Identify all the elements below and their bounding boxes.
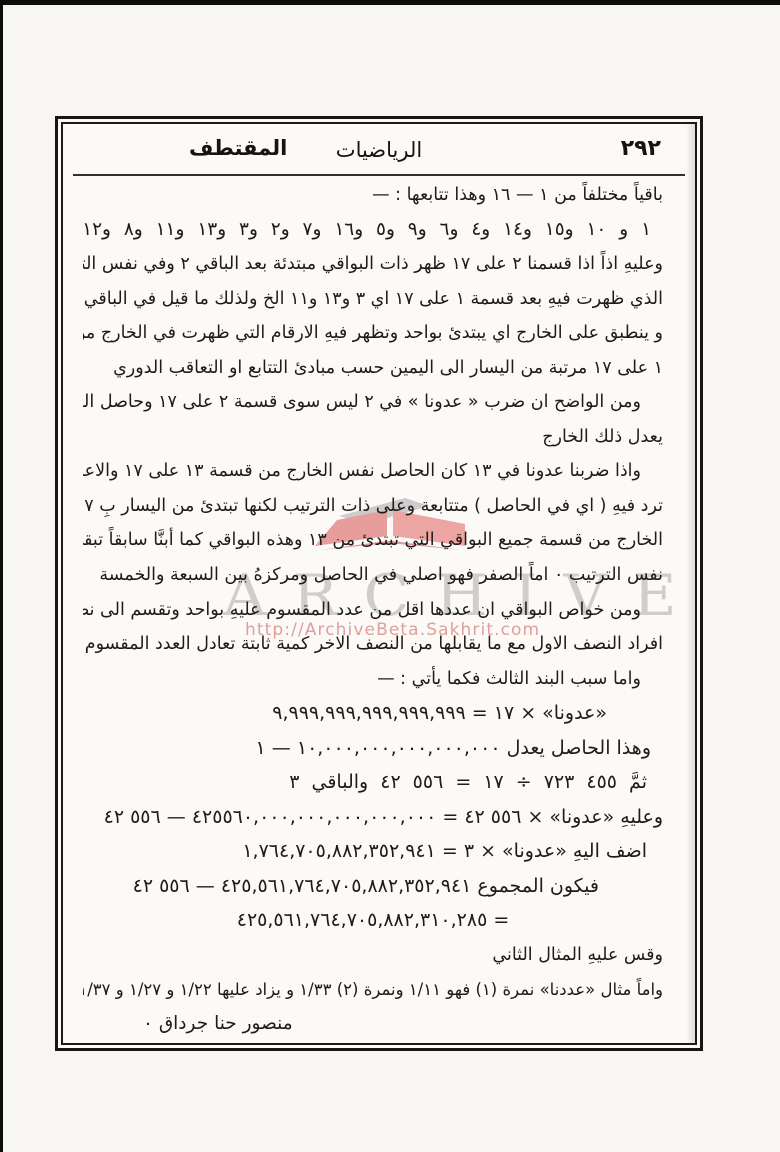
text-line: ١ و ١٠ و١٥ و١٤ و٤ و٦ و٩ و٥ و١٦ و٧ و٢ و٣ … bbox=[83, 213, 663, 248]
text-line: باقياً مختلفاً من ١ — ١٦ وهذا تتابعها : … bbox=[83, 178, 663, 213]
header-divider bbox=[73, 174, 685, 176]
text-line: «عدونا» × ١٧ = ٩,٩٩٩,٩٩٩,٩٩٩,٩٩٩,٩٩٩ bbox=[83, 696, 663, 731]
text-line: فيكون المجموع ٤٢٥,٥٦١,٧٦٤,٧٠٥,٨٨٢,٣٥٢,٩٤… bbox=[83, 869, 663, 904]
text-line: وقس عليهِ المثال الثاني bbox=[83, 938, 663, 973]
text-line: ١ على ١٧ مرتبة من اليسار الى اليمين حسب … bbox=[83, 351, 663, 386]
text-line: نفس الترتيب ٠ اماً الصفر فهو اصلي في الح… bbox=[83, 558, 663, 593]
signature-line: منصور حنا جرداق ٠ bbox=[83, 1007, 663, 1037]
body-text: باقياً مختلفاً من ١ — ١٦ وهذا تتابعها : … bbox=[83, 178, 663, 1037]
text-line: وعليهِ اذاً اذا قسمنا ٢ على ١٧ ظهر ذات ا… bbox=[83, 247, 663, 282]
text-line: اضف اليهِ «عدونا» × ٣ = ١,٧٦٤,٧٠٥,٨٨٢,٣٥… bbox=[83, 834, 663, 869]
text-line: الخارج من قسمة جميع البواقي التي تبتدئ م… bbox=[83, 523, 663, 558]
page-border-outer: ٢٩٢ الرياضيات المقتطف ARCHIVE http://Arc… bbox=[55, 116, 703, 1051]
text-line: وعليهِ «عدونا» × ٤٢ ٥٥٦ = ٤٢٥٥٦٠,٠٠٠,٠٠٠… bbox=[83, 800, 663, 835]
scanned-page: ٢٩٢ الرياضيات المقتطف ARCHIVE http://Arc… bbox=[0, 0, 780, 1152]
page-header: ٢٩٢ الرياضيات المقتطف bbox=[63, 132, 695, 172]
scan-edge-left bbox=[0, 0, 3, 1152]
text-line: يعدل ذلك الخارج bbox=[83, 420, 663, 455]
text-line: = ٤٢٥,٥٦١,٧٦٤,٧٠٥,٨٨٢,٣١٠,٢٨٥ bbox=[83, 903, 663, 938]
text-line: الذي ظهرت فيهِ بعد قسمة ١ على ١٧ اي ٣ و١… bbox=[83, 282, 663, 317]
text-line: ترد فيهِ ( اي في الحاصل ) متتابعة وعلى ذ… bbox=[83, 489, 663, 524]
header-section-title: الرياضيات bbox=[63, 138, 695, 162]
header-journal-name: المقتطف bbox=[189, 136, 287, 160]
text-line: واذا ضربنا عدونا في ١٣ كان الحاصل نفس ال… bbox=[83, 454, 663, 489]
text-line: واما سبب البند الثالث فكما يأتي : — bbox=[83, 662, 663, 697]
text-line: واماً مثال «عددنا» نمرة (١) فهو ١/١١ ونم… bbox=[83, 973, 663, 1008]
text-line: وهذا الحاصل يعدل ١٠,٠٠٠,٠٠٠,٠٠٠,٠٠٠,٠٠٠ … bbox=[83, 731, 663, 766]
scan-edge-top bbox=[0, 0, 780, 5]
text-line: ومن خواص البواقي ان عددها اقل من عدد الم… bbox=[83, 593, 663, 628]
text-line: ومن الواضح ان ضرب « عدونا » في ٢ ليس سوى… bbox=[83, 385, 663, 420]
text-line: افراد النصف الاول مع ما يقابلها من النصف… bbox=[83, 627, 663, 662]
text-line: ثمَّ ٧٢٣ ٤٥٥ ÷ ١٧ = ٤٢ ٥٥٦ والباقي ٣ bbox=[83, 765, 663, 800]
page-border-inner: ٢٩٢ الرياضيات المقتطف ARCHIVE http://Arc… bbox=[61, 122, 697, 1045]
text-line: و ينطبق على الخارج اي يبتدئ بواحد وتظهر … bbox=[83, 316, 663, 351]
